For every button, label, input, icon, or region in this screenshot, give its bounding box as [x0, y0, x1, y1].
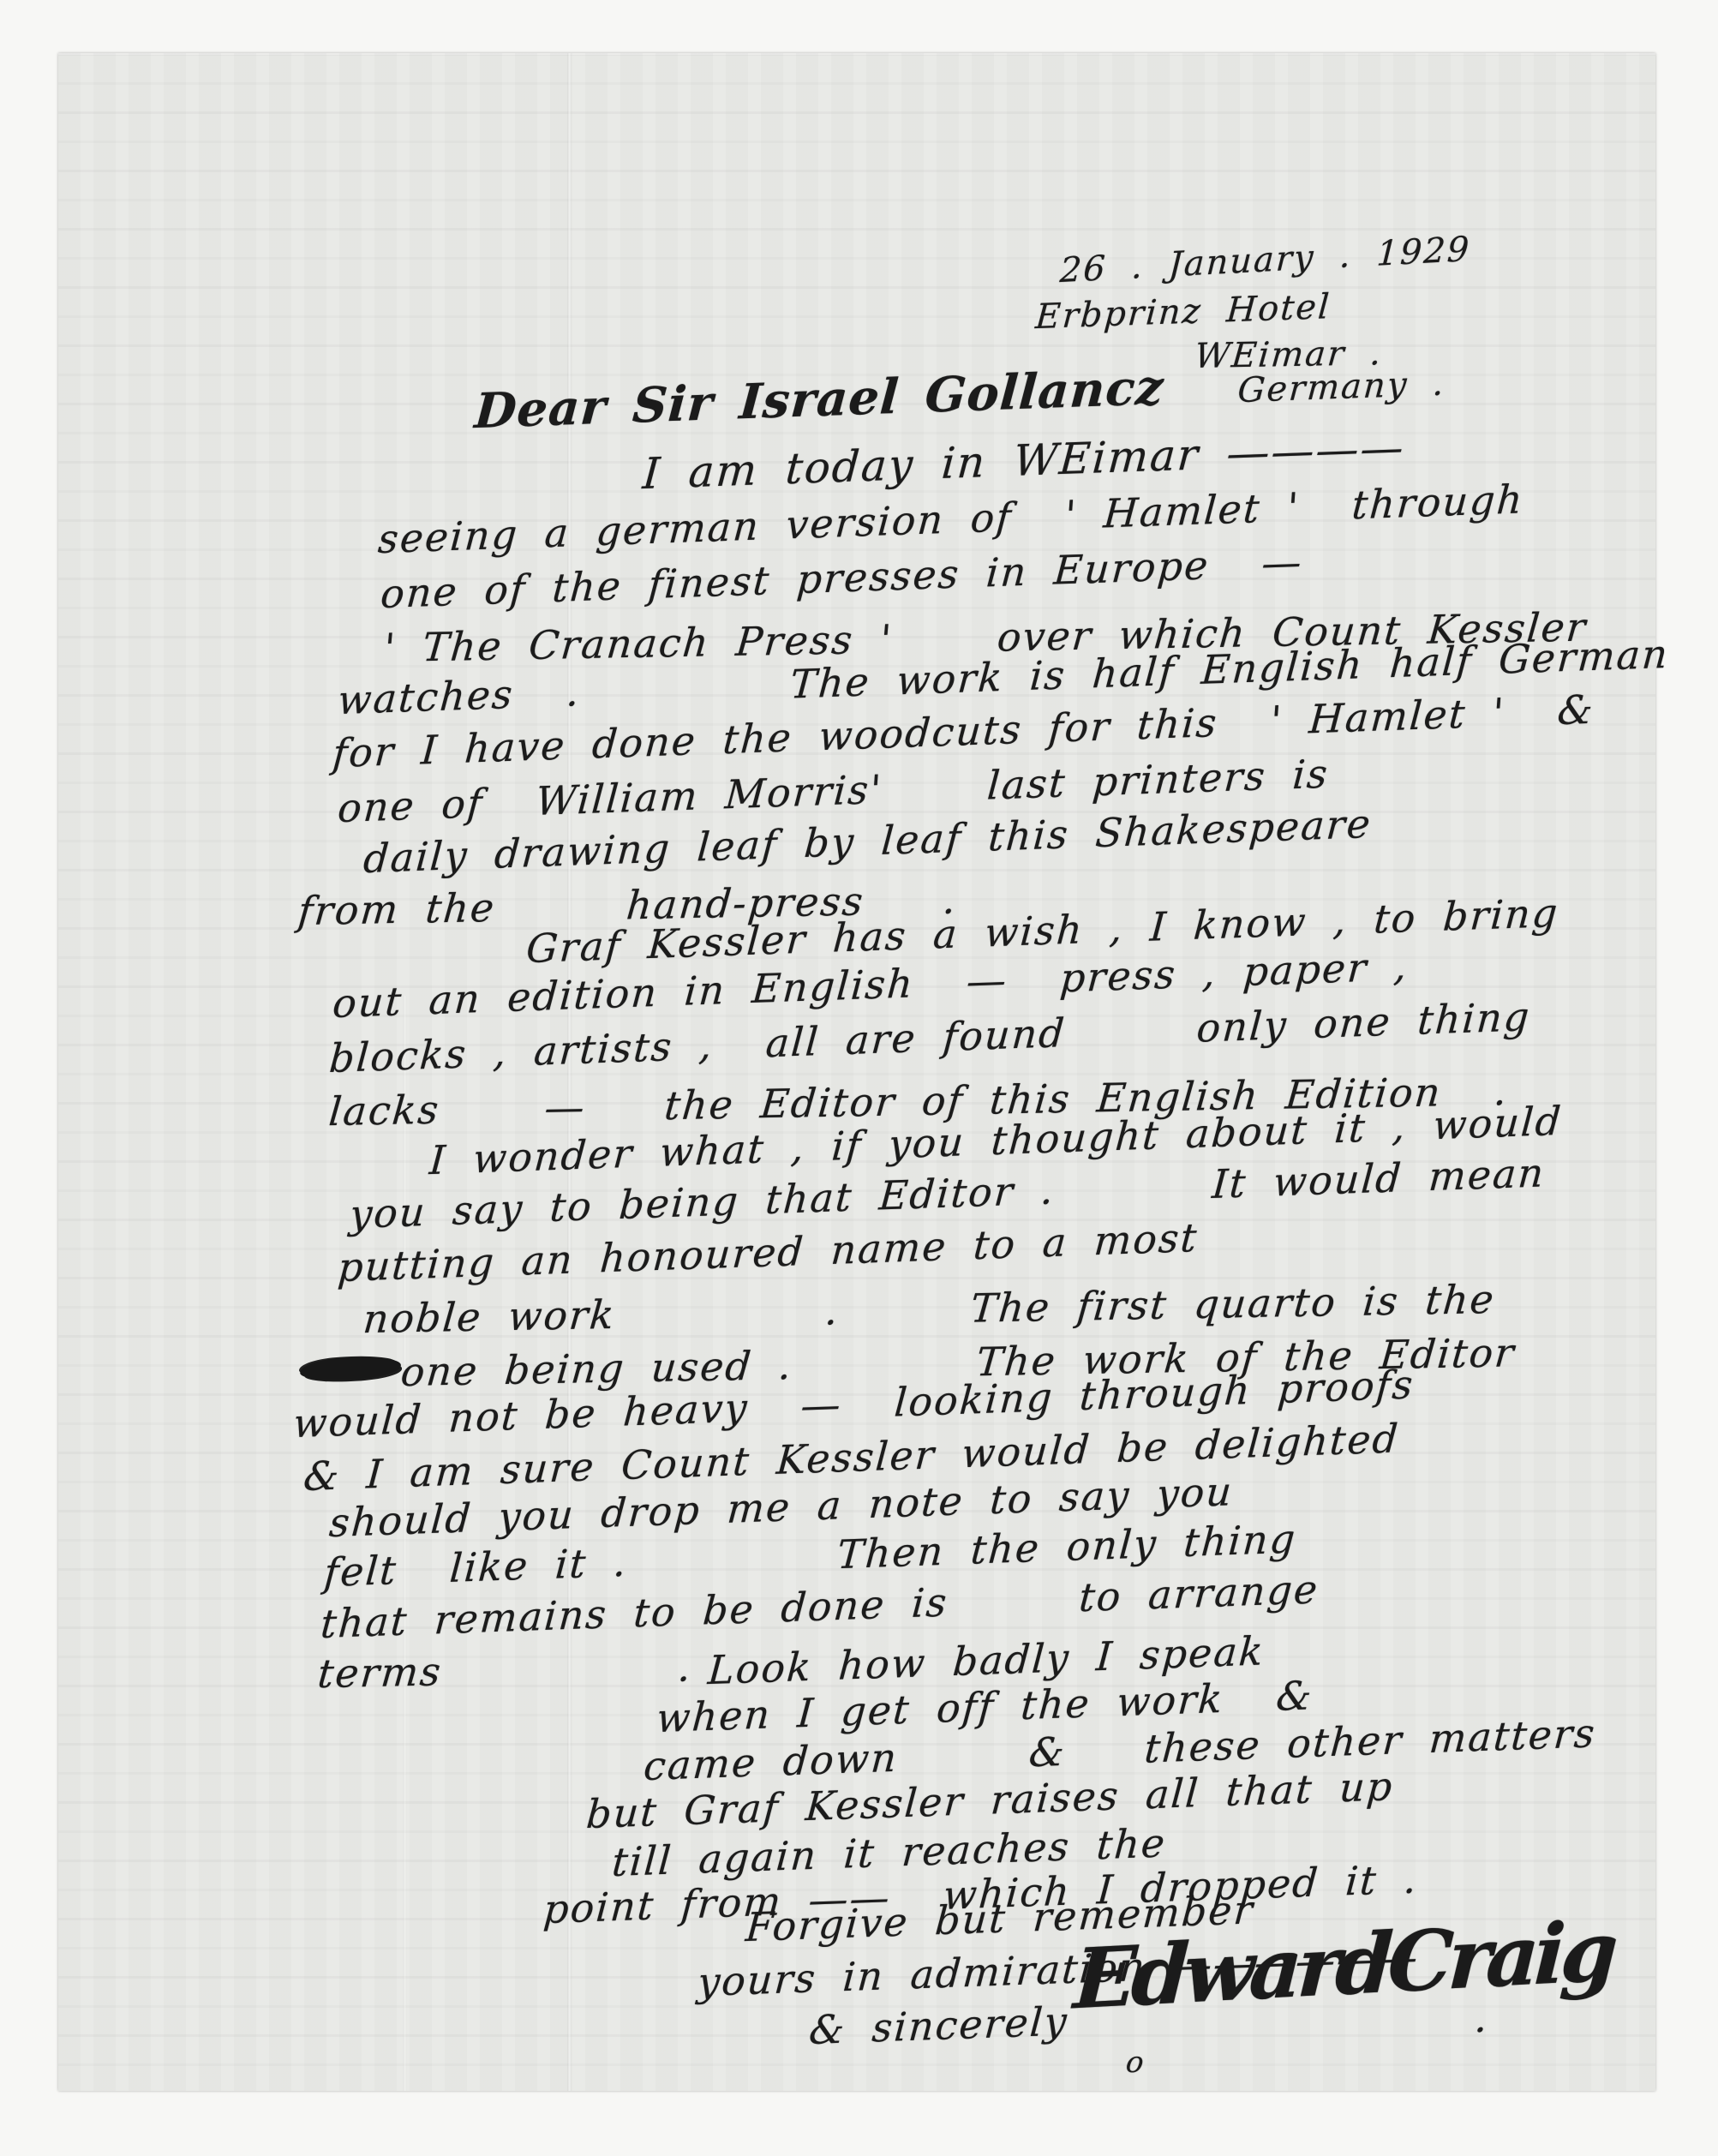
- signature: EdwardCraig: [1072, 1910, 1615, 2021]
- letter-line: seeing a german version of ' Hamlet ' th…: [377, 479, 1525, 559]
- address-line: Germany .: [1236, 367, 1446, 409]
- address-line: Erbprinz Hotel: [1034, 290, 1332, 334]
- scan-background: { "document_type": "handwritten letter (…: [0, 0, 1718, 2156]
- signature-flourish: o: [1124, 2048, 1146, 2077]
- closing-line: & sincerely: [808, 2001, 1069, 2050]
- letter-text: 26 . January . 1929Erbprinz HotelWEimar …: [0, 0, 1718, 2156]
- letter-line: noble work . The first quarto is the: [362, 1279, 1497, 1339]
- date-line: 26 . January . 1929: [1059, 232, 1471, 288]
- scribbled-word: [299, 1355, 401, 1382]
- signature-period: .: [1473, 1998, 1491, 2038]
- letter-line: terms .: [316, 1647, 694, 1693]
- salutation: Dear Sir Israel Gollancz: [473, 363, 1165, 435]
